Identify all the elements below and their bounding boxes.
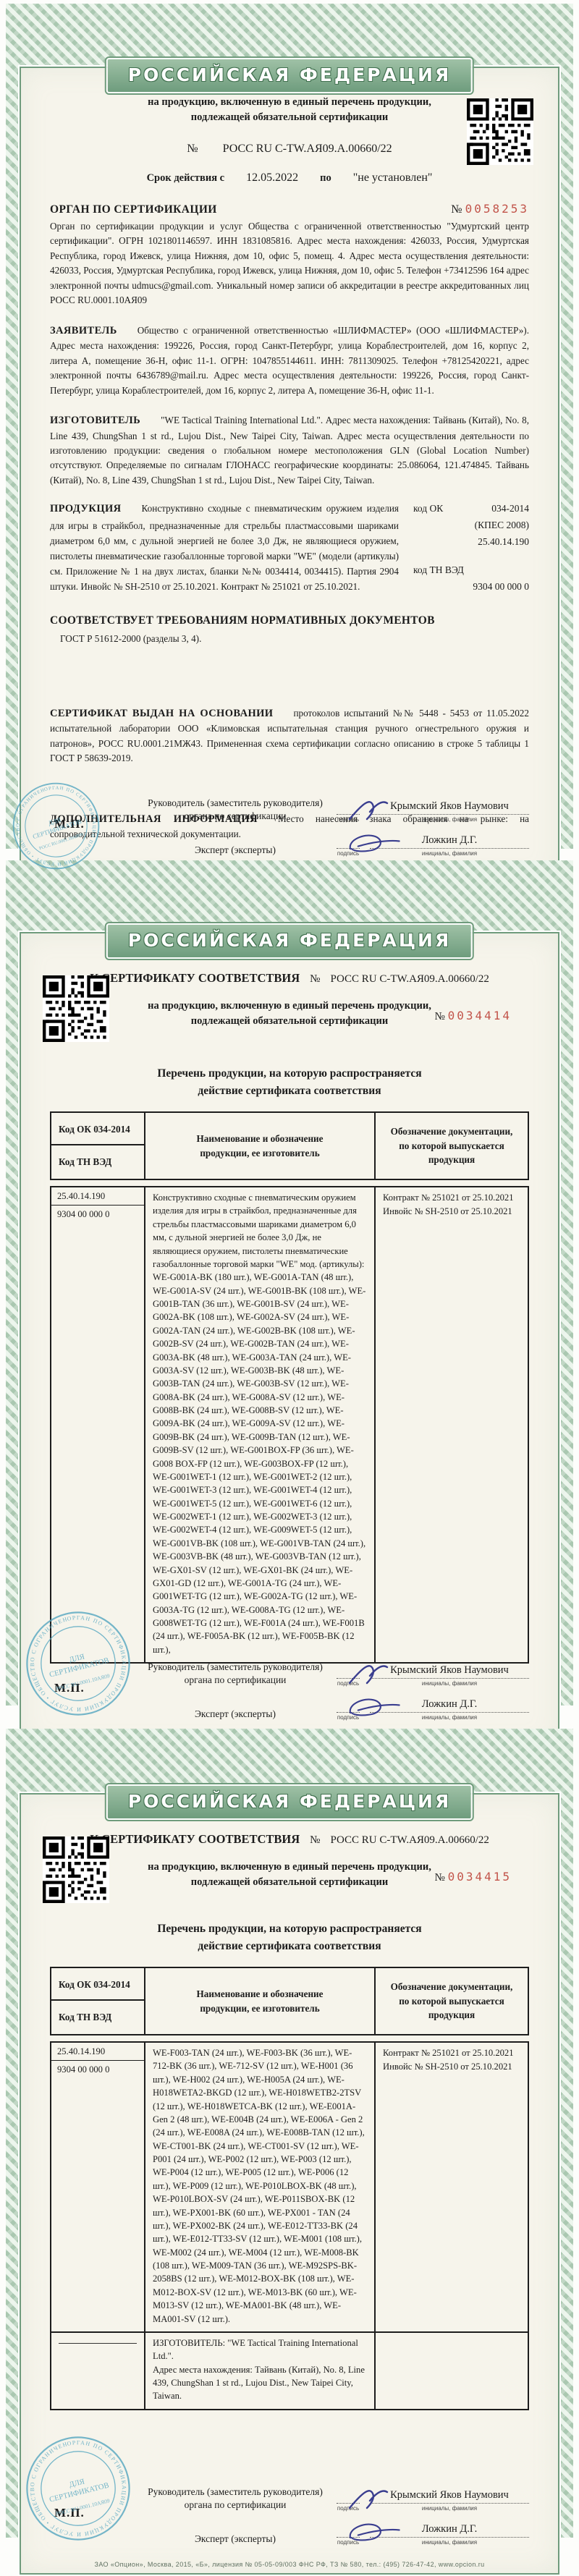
- head-signature-row: Руководитель (заместитель руководителя) …: [144, 797, 529, 823]
- head-signature-line: подпись: [337, 811, 360, 823]
- manufacturer-paragraph: ИЗГОТОВИТЕЛЬ"WE Tactical Training Intern…: [50, 412, 529, 488]
- product-paragraph: ПРОДУКЦИЯКонструктивно сходные с пневмат…: [50, 501, 399, 596]
- blank-serial-number: 0034415: [448, 1870, 512, 1884]
- certification-body-text: Орган по сертификации продукции и услуг …: [50, 219, 529, 308]
- appendix-page-sheet1: РОССИЙСКАЯ ФЕДЕРАЦИЯ ПРИЛОЖЕНИЕ № 1, Лис…: [6, 860, 573, 1706]
- table-body: 25.40.14.190 9304 00 000 0 Конструктивно…: [50, 1186, 529, 1664]
- expert-signature: [345, 831, 403, 857]
- cell-documentation-empty: [376, 2333, 528, 2409]
- product-text: Конструктивно сходные с пневматическим о…: [50, 503, 399, 592]
- certificate-number: РОСС RU C-TW.АЯ09.А.00660/22: [330, 973, 489, 986]
- qr-code: [467, 98, 533, 165]
- appendix-frame: РОССИЙСКАЯ ФЕДЕРАЦИЯ ПРИЛОЖЕНИЕ № 1, Лис…: [18, 931, 561, 1751]
- expert-signature-line: подпись: [337, 2534, 360, 2546]
- certificate-number: РОСС RU C-TW.АЯ09.А.00660/22: [223, 143, 392, 155]
- table-row-codes: 25.40.14.190 9304 00 000 0: [51, 1187, 145, 1662]
- russian-federation-banner: РОССИЙСКАЯ ФЕДЕРАЦИЯ: [106, 923, 473, 959]
- blank-serial-number: 0058253: [465, 202, 529, 216]
- validity-line: Срок действия с 12.05.2022 по "не устано…: [50, 171, 529, 185]
- conforms-label: СООТВЕТСТВУЕТ ТРЕБОВАНИЯМ НОРМАТИВНЫХ ДО…: [50, 614, 529, 627]
- validity-to-value: "не установлен": [353, 171, 433, 185]
- header-documentation: Обозначение документации, по которой вып…: [376, 1968, 528, 2034]
- expert-signature-row: Эксперт (эксперты) подпись Ложкин Д.Г. и…: [144, 2523, 529, 2546]
- code-ok-number: 25.40.14.190: [413, 534, 529, 551]
- expert-signature-row: Эксперт (эксперты) подпись Ложкин Д.Г. и…: [144, 834, 529, 857]
- head-signature: [345, 2486, 403, 2512]
- basis-label: СЕРТИФИКАТ ВЫДАН НА ОСНОВАНИИ: [50, 708, 293, 719]
- certificate-frame: РОССИЙСКАЯ ФЕДЕРАЦИЯ СЕРТИФИКАТ СООТВЕТС…: [18, 65, 561, 886]
- head-signature: [345, 1661, 403, 1687]
- certification-body-header: ОРГАН ПО СЕРТИФИКАЦИИ № 0058253: [50, 202, 529, 216]
- code-ok-kpes: (КПЕС 2008): [413, 517, 529, 534]
- expert-signature-row: Эксперт (эксперты) подпись Ложкин Д.Г. и…: [144, 1698, 529, 1721]
- cell-manufacturer: ИЗГОТОВИТЕЛЬ: "WE Tactical Training Inte…: [145, 2333, 376, 2409]
- head-signature-label: Руководитель (заместитель руководителя) …: [144, 2486, 326, 2512]
- head-signature-line: подпись: [337, 2500, 360, 2512]
- validity-to-label: по: [320, 172, 331, 185]
- russian-federation-banner: РОССИЙСКАЯ ФЕДЕРАЦИЯ: [106, 1784, 473, 1820]
- header-product-name: Наименование и обозначение продукции, ее…: [145, 1113, 376, 1179]
- applicant-paragraph: ЗАЯВИТЕЛЬОбщество с ограниченной ответст…: [50, 323, 529, 398]
- certification-body-label: ОРГАН ПО СЕРТИФИКАЦИИ: [50, 203, 217, 216]
- certificate-number-line: №РОСС RU C-TW.АЯ09.А.00660/22: [50, 143, 529, 156]
- cell-code-tnved: 9304 00 000 0: [51, 2061, 144, 2079]
- product-codes-column: код ОК 034-2014 (КПЕС 2008) 25.40.14.190…: [413, 501, 529, 596]
- appendix-page-sheet2: РОССИЙСКАЯ ФЕДЕРАЦИЯ ПРИЛОЖЕНИЕ № 1, Лис…: [6, 1729, 573, 2538]
- table-row2-codes: [51, 2333, 145, 2409]
- expert-signature-label: Эксперт (эксперты): [144, 844, 326, 857]
- signature-block: М.П. Руководитель (заместитель руководит…: [50, 1649, 529, 1721]
- appendix-subtitle-row: на продукцию, включенную в единый перече…: [50, 999, 529, 1029]
- stamp-place-mark: М.П.: [54, 1681, 85, 1695]
- blank-number: № 0058253: [451, 202, 529, 216]
- header-code-ok: Код ОК 034-2014: [51, 1968, 144, 2001]
- number-sign: №: [187, 143, 198, 155]
- expert-signature-line: подпись: [337, 1709, 360, 1721]
- to-certificate-label: К СЕРТИФИКАТУ СООТВЕТСТВИЯ: [90, 971, 300, 986]
- code-tnved-value: 9304 00 000 0: [413, 579, 529, 596]
- cell-documentation: Контракт № 251021 от 25.10.2021 Инвойс №…: [376, 2043, 528, 2333]
- stamp-place-mark: М.П.: [54, 2506, 85, 2520]
- product-list-title: Перечень продукции, на которую распростр…: [50, 1065, 529, 1100]
- table-body: 25.40.14.190 9304 00 000 0 WE-F003-TAN (…: [50, 2041, 529, 2410]
- table-header-codes: Код ОК 034-2014 Код ТН ВЭД: [51, 1113, 145, 1179]
- header-documentation: Обозначение документации, по которой вып…: [376, 1113, 528, 1179]
- to-certificate-row: К СЕРТИФИКАТУ СООТВЕТСТВИЯ № РОСС RU C-T…: [50, 1832, 529, 1847]
- blank-serial-number: 0034414: [448, 1009, 512, 1022]
- appendix-subtitle-row: на продукцию, включенную в единый перече…: [50, 1860, 529, 1890]
- appendix-subtitle: на продукцию, включенную в единый перече…: [134, 999, 445, 1029]
- applicant-label: ЗАЯВИТЕЛЬ: [50, 325, 138, 336]
- code-ok-row: код ОК 034-2014: [413, 501, 529, 517]
- signature-block: М.П. Руководитель (заместитель руководит…: [50, 785, 529, 857]
- cell-code-tnved: 9304 00 000 0: [51, 1206, 144, 1224]
- head-signature-row: Руководитель (заместитель руководителя) …: [144, 1661, 529, 1687]
- head-signature-label: Руководитель (заместитель руководителя) …: [144, 1661, 326, 1687]
- manufacturer-label: ИЗГОТОВИТЕЛЬ: [50, 415, 161, 426]
- product-label: ПРОДУКЦИЯ: [50, 503, 142, 514]
- validity-from-date: 12.05.2022: [246, 171, 298, 185]
- to-certificate-label: К СЕРТИФИКАТУ СООТВЕТСТВИЯ: [90, 1832, 300, 1847]
- signature-block: М.П. Руководитель (заместитель руководит…: [50, 2474, 529, 2546]
- product-section: ПРОДУКЦИЯКонструктивно сходные с пневмат…: [50, 501, 529, 596]
- table-row-codes: 25.40.14.190 9304 00 000 0: [51, 2043, 145, 2333]
- code-ok-label: код ОК: [413, 501, 443, 517]
- blank-number: № 0034415: [435, 1870, 512, 1884]
- appendix-subtitle: на продукцию, включенную в единый перече…: [134, 1860, 445, 1890]
- expert-signature-label: Эксперт (эксперты): [144, 2533, 326, 2546]
- expert-signature: [345, 1695, 403, 1721]
- certificate-page: РОССИЙСКАЯ ФЕДЕРАЦИЯ СЕРТИФИКАТ СООТВЕТС…: [6, 4, 573, 849]
- header-code-tnved: Код ТН ВЭД: [51, 2001, 144, 2034]
- conforms-text: ГОСТ Р 51612-2000 (разделы 3, 4).: [50, 633, 529, 645]
- head-signature: [345, 797, 403, 823]
- table-header-codes: Код ОК 034-2014 Код ТН ВЭД: [51, 1968, 145, 2034]
- appendix-frame: РОССИЙСКАЯ ФЕДЕРАЦИЯ ПРИЛОЖЕНИЕ № 1, Лис…: [18, 1792, 561, 2576]
- cell-product-name: WE-F003-TAN (24 шт.), WE-F003-BK (36 шт.…: [145, 2043, 376, 2333]
- certificate-subtitle: на продукцию, включенную в единый перече…: [130, 95, 449, 125]
- header-code-tnved: Код ТН ВЭД: [51, 1145, 144, 1179]
- basis-paragraph: СЕРТИФИКАТ ВЫДАН НА ОСНОВАНИИпротоколов …: [50, 706, 529, 766]
- empty-cell-line: [59, 2343, 138, 2344]
- expert-signature-label: Эксперт (эксперты): [144, 1708, 326, 1721]
- cell-code-ok: 25.40.14.190: [51, 2043, 144, 2061]
- validity-from-label: Срок действия с: [147, 172, 225, 185]
- stamp-place-mark: М.П.: [54, 817, 85, 831]
- expert-signature-line: подпись: [337, 845, 360, 857]
- code-ok-value: 034-2014: [491, 501, 529, 517]
- number-sign: №: [310, 1834, 320, 1847]
- expert-signature: [345, 2520, 403, 2546]
- number-sign: №: [310, 973, 320, 986]
- header-product-name: Наименование и обозначение продукции, ее…: [145, 1968, 376, 2034]
- russian-federation-banner: РОССИЙСКАЯ ФЕДЕРАЦИЯ: [106, 58, 473, 93]
- header-code-ok: Код ОК 034-2014: [51, 1113, 144, 1145]
- code-tnved-label: код ТН ВЭД: [413, 562, 529, 579]
- cell-code-ok: 25.40.14.190: [51, 1187, 144, 1206]
- blank-number: № 0034414: [435, 1009, 512, 1023]
- table-header: Код ОК 034-2014 Код ТН ВЭД Наименование …: [50, 1111, 529, 1180]
- cell-product-name: Конструктивно сходные с пневматическим о…: [145, 1187, 376, 1662]
- table-header: Код ОК 034-2014 Код ТН ВЭД Наименование …: [50, 1967, 529, 2035]
- print-footer: ЗАО «Опцион», Москва, 2015, «Б», лицензи…: [18, 2561, 561, 2568]
- head-signature-row: Руководитель (заместитель руководителя) …: [144, 2486, 529, 2512]
- certificate-number: РОСС RU C-TW.АЯ09.А.00660/22: [330, 1834, 489, 1847]
- product-list-title: Перечень продукции, на которую распростр…: [50, 1920, 529, 1955]
- cell-documentation: Контракт № 251021 от 25.10.2021 Инвойс №…: [376, 1187, 528, 1662]
- head-signature-line: подпись: [337, 1675, 360, 1687]
- head-signature-label: Руководитель (заместитель руководителя) …: [144, 797, 326, 823]
- to-certificate-row: К СЕРТИФИКАТУ СООТВЕТСТВИЯ № РОСС RU C-T…: [50, 971, 529, 986]
